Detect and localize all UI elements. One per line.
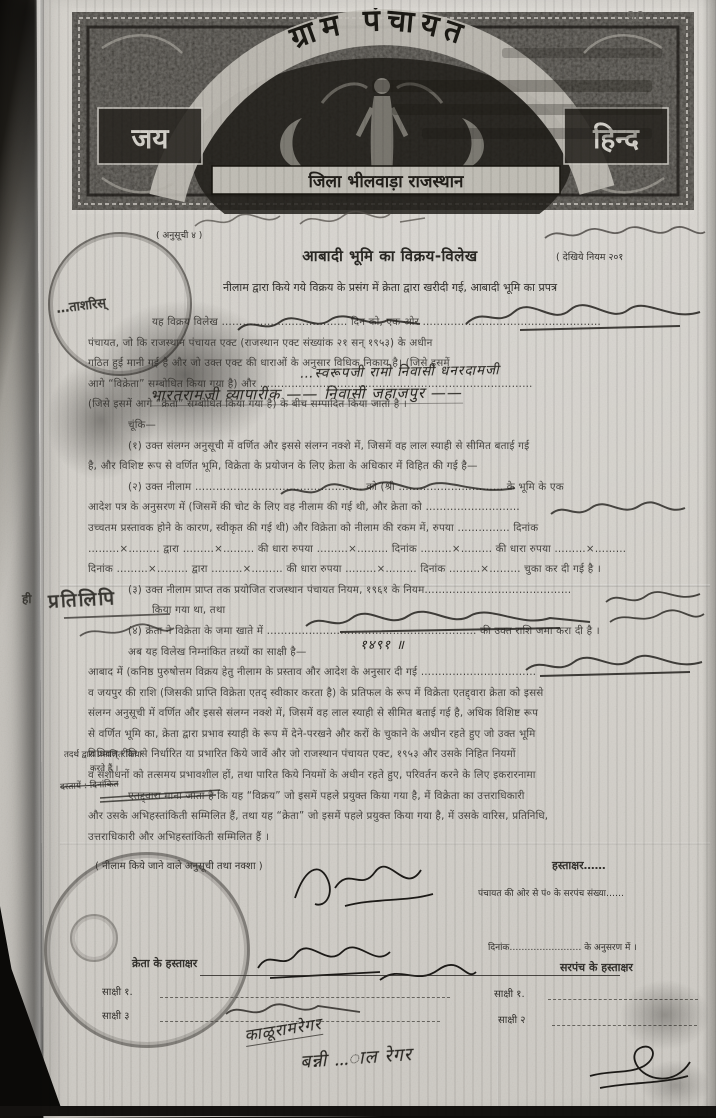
date-line: दिनांक…………………… के अनुसरण में । [488,940,637,953]
stamp-smudge [620,980,710,1050]
margin-note: तदर्थ द्वारा प्रमाणित किया [64,748,142,760]
handwritten-seller-names: …स्वरूपजी रामो निवासी धनरदामजी [300,360,500,381]
signature-label: हस्ताक्षर…… [552,858,606,873]
buyer-signature-scribble [250,938,480,994]
signature-rule [200,974,620,976]
body-line: चूंकि— [88,415,694,436]
stamp-smudge [640,1060,710,1110]
handwritten-panchayat-entry [460,300,710,336]
strikethrough-scribble [96,786,226,806]
handwritten-blank-entry [230,312,430,338]
photo-bottom-edge [0,1106,716,1116]
handwritten-auction-entry [275,478,525,504]
handwritten-number-scribble [540,224,710,246]
handwritten-rupees-words [520,652,710,682]
handwritten-amount-figure: १४९१ ॥ [360,635,405,653]
copy-stamp-underline [60,610,180,646]
body-line: और उसके अभिहस्तांकिती सम्मिलित हैं, तथा … [88,806,694,827]
district-banner-text: जिला भीलवाड़ा राजस्थान [308,171,465,192]
body-line: से वर्णित भूमि का, क्रेता द्वारा प्रभाव … [88,724,694,745]
photo-background: ग्राम पंचायत जय हिन्द जिला भीलवाड़ा राजस… [0,0,716,1116]
copy-stamp-prefix: ही [22,590,31,607]
body-line: दिनांक ………×……… द्वारा ………×……… की धारा रु… [88,559,694,580]
witness-label: साक्षी १. [494,986,525,1000]
body-line: व संशोधनों को तत्समय प्रभावशील हों, तथा … [88,765,694,786]
sarpanch-signature-label: सरपंच के हस्ताक्षर [560,960,633,975]
stamp-header: ग्राम पंचायत जय हिन्द जिला भीलवाड़ा राजस… [72,8,694,214]
handwritten-amount-entry [300,608,600,638]
stamp-left-word: जय [130,122,170,155]
page-number-note: 90 [626,8,645,26]
handwritten-party-line: भारतरामजी व्यापारीक —— निवासी जहाजपुर —— [150,383,463,407]
handwritten-buyer-entry [545,498,695,524]
panchayat-seal-line: पंचायत की ओर से पं० के सरपंच संख्या…… [478,886,624,899]
body-line: (१) उक्त संलग्न अनुसूची में वर्णित और इस… [88,436,694,457]
body-line: संलग्न अनुसूची में वर्णित और इससे संलग्न… [88,703,694,724]
paper-torn-edge [34,0,44,1116]
signature-scribble [275,848,445,914]
schedule-note: ( अनुसूची ४ ) [156,228,202,241]
handwritten-margin-note [600,586,710,632]
margin-note: करते हैं । [90,762,118,774]
body-line: विधिवत् रीति से निर्धारित या प्रभारित कि… [88,744,694,765]
witness-label: साक्षी २ [498,1012,526,1026]
body-line: उत्तराधिकारी और अभिहस्तांकिती सम्मिलित ह… [88,827,694,848]
round-seal-inner [70,914,118,962]
handwritten-date-scribble [185,204,445,238]
paper-right-shadow [702,0,716,1116]
body-line: ………×……… द्वारा ………×……… की धारा रुपया ………… [88,539,694,560]
body-line: है, और विशिष्ट रूप से वर्णित भूमि, विक्र… [88,456,694,477]
body-line: व जयपुर की राशि (जिसकी प्राप्ति विक्रेता… [88,683,694,704]
